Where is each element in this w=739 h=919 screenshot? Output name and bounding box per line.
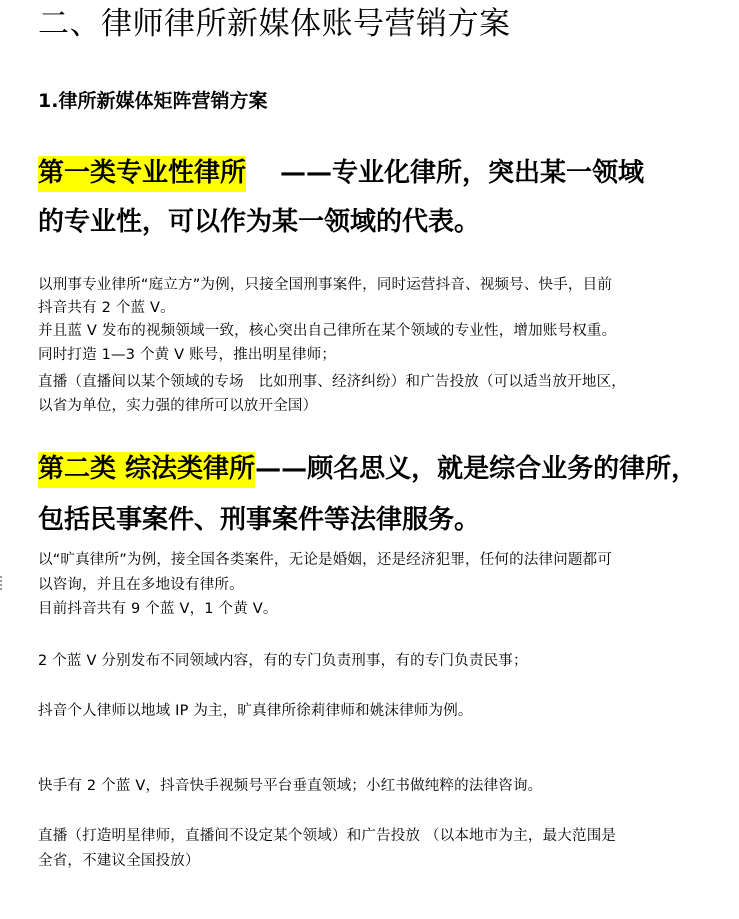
category2-paragraph-line: 2 个蓝 V 分别发布不同领域内容，有的专门负责刑事，有的专门负责民事； <box>38 650 528 673</box>
category1-paragraph-line: 并且蓝 V 发布的视频领域一致，核心突出自己律所在某个领域的专业性，增加账号权重… <box>38 320 616 343</box>
category2-paragraph-line: 直播（打造明星律师，直播间不设定某个领域）和广告投放 （以本地市为主，最大范围是 <box>38 825 616 848</box>
category1-paragraph-line: 直播（直播间以某个领域的专场 比如刑事、经济纠纷）和广告投放（可以适当放开地区， <box>38 371 626 394</box>
category2-heading-rest: ——顾名思义，就是综合业务的律所， <box>255 454 697 484</box>
category2-paragraph-line: 以咨询，并且在多地设有律所。 <box>38 574 244 597</box>
category1-paragraph-line: 以刑事专业律所“庭立方”为例，只接全国刑事案件，同时运营抖音、视频号、快手，目前 <box>38 274 612 297</box>
category2-heading-line2: 包括民事案件、刑事案件等法律服务。 <box>38 503 480 537</box>
category2-paragraph-line: 以“旷真律所”为例，接全国各类案件，无论是婚姻，还是经济犯罪，任何的法律问题都可 <box>38 549 612 572</box>
section-heading: 1.律所新媒体矩阵营销方案 <box>38 88 267 114</box>
category2-paragraph-line: 全省，不建议全国投放） <box>38 850 200 873</box>
category2-highlight-label: 第二类 综法类律所 <box>38 452 255 488</box>
category1-heading-line1: 第一类专业性律所——专业化律所，突出某一领域 <box>38 156 644 190</box>
category2-paragraph-line: 抖音个人律师以地域 IP 为主，旷真律所徐莉律师和姚沫律师为例。 <box>38 700 473 723</box>
document-title: 二、律师律所新媒体账号营销方案 <box>38 4 511 44</box>
category2-heading-line1: 第二类 综法类律所——顾名思义，就是综合业务的律所， <box>38 452 697 486</box>
category2-paragraph-line: 快手有 2 个蓝 V，抖音快手视频号平台垂直领域；小红书做纯粹的法律咨询。 <box>38 775 542 798</box>
category1-paragraph-line: 同时打造 1—3 个黄 V 账号，推出明星律师； <box>38 344 336 367</box>
margin-marker <box>0 576 5 590</box>
document-page: 二、律师律所新媒体账号营销方案 1.律所新媒体矩阵营销方案 第一类专业性律所——… <box>0 0 739 919</box>
category1-paragraph-line: 以省为单位，实力强的律所可以放开全国） <box>38 395 317 418</box>
category1-paragraph-line: 抖音共有 2 个蓝 V。 <box>38 297 175 320</box>
category2-paragraph-line: 目前抖音共有 9 个蓝 V，1 个黄 V。 <box>38 598 278 621</box>
category1-highlight-label: 第一类专业性律所 <box>38 156 246 192</box>
category1-heading-rest: ——专业化律所，突出某一领域 <box>280 158 644 188</box>
category1-heading-line2: 的专业性，可以作为某一领域的代表。 <box>38 205 480 239</box>
